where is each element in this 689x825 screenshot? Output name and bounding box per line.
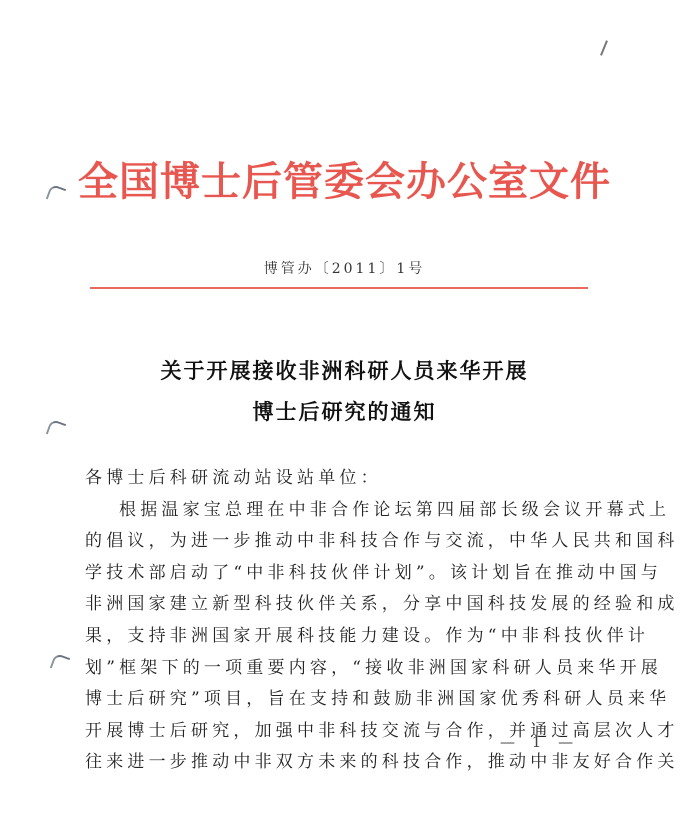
scan-mark bbox=[600, 40, 608, 56]
punch-hole-mark bbox=[50, 653, 71, 674]
body-line: 的倡议，为进一步推动中非科技合作与交流，中华人民共和国科 bbox=[85, 526, 605, 558]
document-body: 各博士后科研流动站设站单位： 根据温家宝总理在中非合作论坛第四届部长级会议开幕式… bbox=[85, 463, 605, 779]
body-line: 果，支持非洲国家开展科技能力建设。作为“中非科技伙伴计 bbox=[85, 621, 605, 653]
salutation: 各博士后科研流动站设站单位： bbox=[85, 463, 605, 495]
body-line: 学技术部启动了“中非科技伙伴计划”。该计划旨在推动中国与 bbox=[85, 558, 605, 590]
header-divider bbox=[90, 287, 588, 289]
body-line: 非洲国家建立新型科技伙伴关系，分享中国科技发展的经验和成 bbox=[85, 589, 605, 621]
document-title-line-2: 博士后研究的通知 bbox=[0, 396, 689, 426]
document-number: 博管办〔2011〕1号 bbox=[0, 258, 689, 278]
body-line: 根据温家宝总理在中非合作论坛第四届部长级会议开幕式上 bbox=[85, 495, 605, 527]
body-line: 往来进一步推动中非双方未来的科技合作，推动中非友好合作关 bbox=[85, 747, 605, 779]
document-masthead: 全国博士后管委会办公室文件 bbox=[0, 150, 689, 207]
body-line: 划”框架下的一项重要内容，“接收非洲国家科研人员来华开展 bbox=[85, 653, 605, 685]
document-title-line-1: 关于开展接收非洲科研人员来华开展 bbox=[0, 355, 689, 385]
body-line: 博士后研究”项目，旨在支持和鼓励非洲国家优秀科研人员来华 bbox=[85, 684, 605, 716]
page-number: — 1 — bbox=[500, 733, 579, 751]
